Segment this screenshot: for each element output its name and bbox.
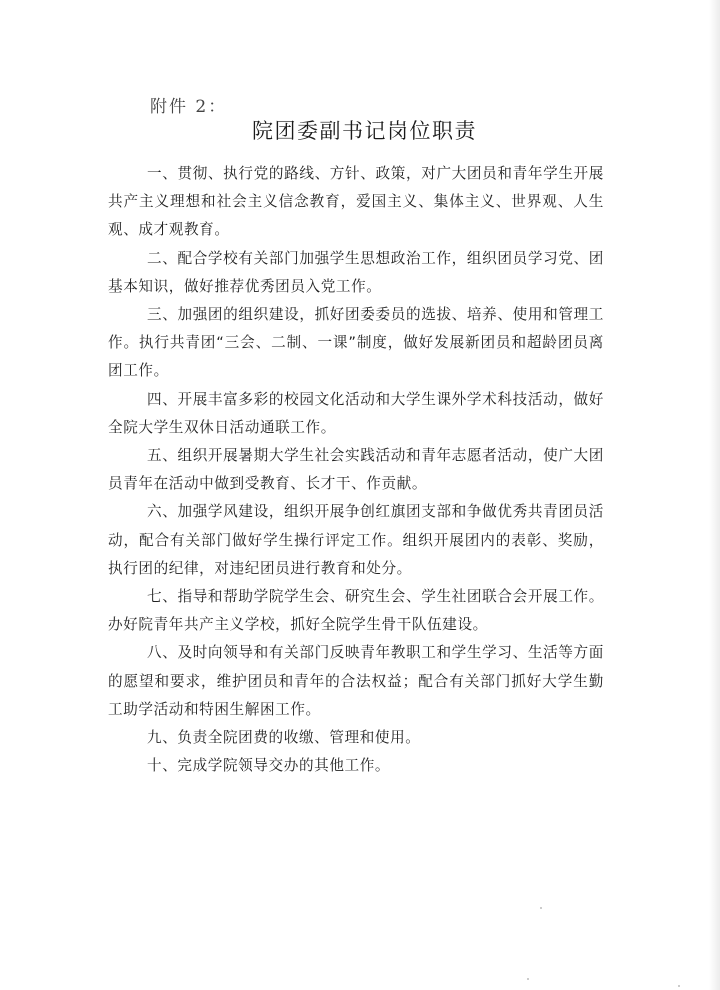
duty-paragraph-7: 七、指导和帮助学院学生会、研究生会、学生社团联合会开展工作。办好院青年共产主义学… (108, 583, 604, 639)
attachment-label: 附件 2： (150, 92, 227, 117)
duty-paragraph-4: 四、开展丰富多彩的校园文化活动和大学生课外学术科技活动，做好全院大学生双休日活动… (108, 386, 604, 442)
scan-speck (540, 907, 542, 909)
duty-paragraph-2: 二、配合学校有关部门加强学生思想政治工作，组织团员学习党、团基本知识，做好推荐优… (108, 245, 604, 301)
duty-paragraph-1: 一、贯彻、执行党的路线、方针、政策，对广大团员和青年学生开展共产主义理想和社会主… (108, 160, 604, 245)
document-title: 院团委副书记岗位职责 (252, 115, 477, 145)
duty-paragraph-10: 十、完成学院领导交办的其他工作。 (108, 752, 604, 780)
scan-speck (527, 978, 529, 980)
scanned-page: 附件 2： 院团委副书记岗位职责 一、贯彻、执行党的路线、方针、政策，对广大团员… (0, 0, 720, 990)
scan-speck (678, 985, 680, 987)
document-body: 一、贯彻、执行党的路线、方针、政策，对广大团员和青年学生开展共产主义理想和社会主… (108, 160, 604, 780)
duty-paragraph-9: 九、负责全院团费的收缴、管理和使用。 (108, 724, 604, 752)
duty-paragraph-8: 八、及时向领导和有关部门反映青年教职工和学生学习、生活等方面的愿望和要求，维护团… (108, 639, 604, 724)
duty-paragraph-3: 三、加强团的组织建设，抓好团委委员的选拔、培养、使用和管理工作。执行共青团“三会… (108, 301, 604, 386)
duty-paragraph-5: 五、组织开展暑期大学生社会实践活动和青年志愿者活动，使广大团员青年在活动中做到受… (108, 442, 604, 498)
duty-paragraph-6: 六、加强学风建设，组织开展争创红旗团支部和争做优秀共青团员活动，配合有关部门做好… (108, 498, 604, 583)
